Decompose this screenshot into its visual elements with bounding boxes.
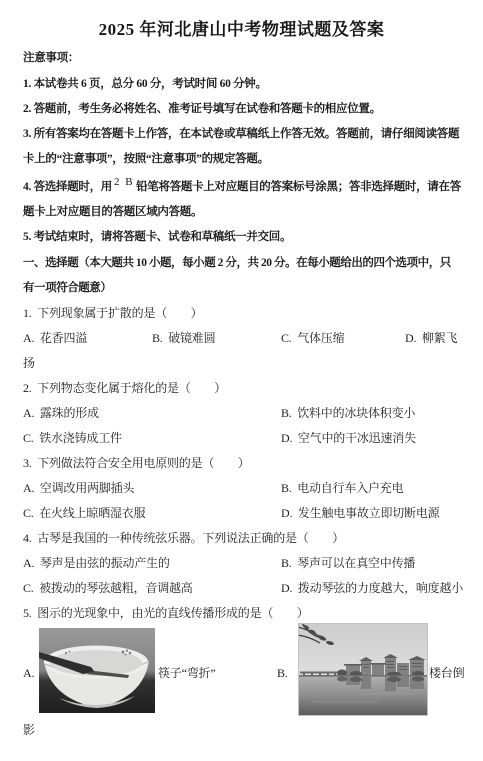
question-4-option-a: A. 琴声是由弦的振动产生的 (23, 556, 170, 570)
question-5-option-a-label: A. (23, 666, 34, 680)
pencil-grade-superscript: 2 B (112, 176, 136, 188)
question-1-option-c: C. 气体压缩 (281, 331, 344, 345)
question-3-option-a: A. 空调改用两脚插头 (23, 481, 134, 495)
notice-item-4-line-2: 题卡上对应题目的答题区域内答题。 (23, 205, 202, 219)
question-4-option-b: B. 琴声可以在真空中传播 (281, 556, 415, 570)
question-3-stem: 3. 下列做法符合安全用电原则的是（ ） (23, 456, 250, 470)
photo-chopstick-in-bowl (39, 628, 155, 713)
question-3-option-c: C. 在火线上晾晒湿衣服 (23, 506, 145, 520)
notice-item-4-text-after: 铅笔将答题卡上对应题目的答案标号涂黑；答非选择题时，请在答 (136, 181, 461, 193)
question-5-option-b-label: B. (277, 666, 288, 680)
question-3-option-d: D. 发生触电事故立即切断电源 (281, 506, 439, 520)
question-3-option-b: B. 电动自行车入户充电 (281, 481, 403, 495)
question-4-option-c: C. 被拨动的琴弦越粗，音调越高 (23, 581, 193, 595)
question-4-stem: 4. 古琴是我国的一种传统弦乐器。下列说法正确的是（ ） (23, 531, 344, 545)
notice-item-1: 1. 本试卷共 6 页，总分 60 分，考试时间 60 分钟。 (23, 77, 267, 91)
notice-heading: 注意事项： (23, 51, 79, 65)
question-1-option-d-wrap: 扬 (23, 356, 35, 370)
notice-item-3-line-1: 3. 所有答案均在答题卡上作答，在本试卷或草稿纸上作答无效。答题前，请仔细阅读答… (23, 127, 459, 141)
question-5-option-b-caption: 楼台倒 (429, 666, 464, 680)
question-2-option-c: C. 铁水浇铸成工件 (23, 431, 122, 445)
question-5-option-a-caption: 筷子“弯折” (158, 666, 215, 680)
question-1-stem: 1. 下列现象属于扩散的是（ ） (23, 306, 202, 320)
notice-item-4-line-1: 4. 答选择题时，用2 B铅笔将答题卡上对应题目的答案标号涂黑；答非选择题时，请… (23, 180, 461, 194)
question-2-option-a: A. 露珠的形成 (23, 406, 99, 420)
section-1-heading-line-2: 有一项符合题意） (23, 281, 111, 295)
question-2-stem: 2. 下列物态变化属于熔化的是（ ） (23, 381, 226, 395)
question-1-option-d: D. 柳絮飞 (405, 331, 457, 345)
question-2-option-d: D. 空气中的干冰迅速消失 (281, 431, 416, 445)
question-5-stem: 5. 图示的光现象中，由光的直线传播形成的是（ ） (23, 606, 309, 620)
notice-item-5: 5. 考试结束时，请将答题卡、试卷和草稿纸一并交回。 (23, 230, 291, 244)
question-1-option-b: B. 破镜难圆 (152, 331, 215, 345)
exam-paper-page: 2025 年河北唐山中考物理试题及答案 注意事项： 1. 本试卷共 6 页，总分… (0, 0, 483, 761)
question-1-option-a: A. 花香四溢 (23, 331, 87, 345)
page-title: 2025 年河北唐山中考物理试题及答案 (0, 15, 483, 40)
question-5-option-b-caption-wrap: 影 (23, 723, 35, 737)
section-1-heading-line-1: 一、选择题（本大题共 10 小题，每小题 2 分，共 20 分。在每小题给出的四… (23, 256, 451, 270)
notice-item-4-text-before: 4. 答选择题时，用 (23, 181, 112, 193)
chopstick-bowl-illustration (39, 628, 155, 713)
notice-item-2: 2. 答题前，考生务必将姓名、准考证号填写在试卷和答题卡的相应位置。 (23, 102, 381, 116)
notice-item-3-line-2: 卡上的“注意事项”，按照“注意事项”的规定答题。 (23, 152, 269, 166)
photo-building-reflection (298, 623, 428, 716)
question-2-option-b: B. 饮料中的冰块体积变小 (281, 406, 415, 420)
question-4-option-d: D. 拨动琴弦的力度越大，响度越小 (281, 581, 463, 595)
lake-reflection-illustration (298, 623, 428, 716)
